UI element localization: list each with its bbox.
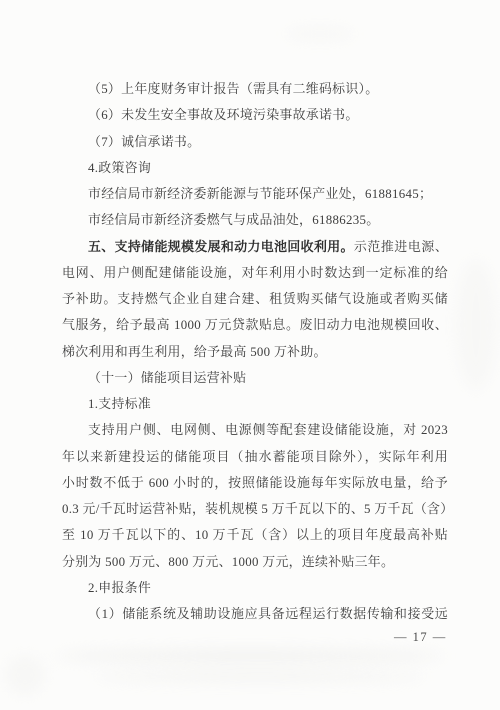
line-text: 市经信局市新经济委燃气与成品油处，61886235。: [88, 213, 379, 227]
line-text: （7）诚信承诺书。: [88, 135, 200, 149]
line-text: 小时数不低于 600 小时的，按照储能设施每年实际放电量，给予: [62, 476, 448, 490]
text-line: 五、支持储能规模发展和动力电池回收利用。示范推进电源、: [62, 234, 448, 260]
text-line: 年以来新建投运的储能项目（抽水蓄能项目除外），实际年利用: [62, 444, 448, 470]
bold-heading-text: 五、支持储能规模发展和动力电池回收利用。: [88, 239, 354, 254]
line-text: （6）未发生安全事故及环境污染事故承诺书。: [88, 108, 359, 122]
line-text: 0.3 元/千瓦时运营补贴，装机规模 5 万千瓦以下的、5 万千瓦（含）: [62, 502, 453, 516]
scan-smudge: [285, 28, 355, 40]
line-text: 气服务，给予最高 1000 万元贷款贴息。废旧动力电池规模回收、: [62, 318, 448, 332]
text-line: 4.政策咨询: [62, 155, 448, 181]
line-text: 市经信局市新经济委新能源与节能环保产业处，61881645；: [88, 187, 432, 201]
line-text: 示范推进电源、: [354, 240, 448, 254]
text-line: 1.支持标准: [62, 391, 448, 417]
text-line: （5）上年度财务审计报告（需具有二维码标识）。: [62, 76, 448, 102]
text-line: 0.3 元/千瓦时运营补贴，装机规模 5 万千瓦以下的、5 万千瓦（含）: [62, 496, 448, 522]
line-text: 2.申报条件: [88, 581, 151, 595]
line-text: （5）上年度财务审计报告（需具有二维码标识）。: [88, 82, 379, 96]
scan-smudge: [95, 670, 425, 683]
text-line: 2.申报条件: [62, 575, 448, 601]
text-line: 支持用户侧、电网侧、电源侧等配套建设储能设施，对 2023: [62, 417, 448, 443]
line-text: 年以来新建投运的储能项目（抽水蓄能项目除外），实际年利用: [62, 450, 448, 464]
text-line: 分别为 500 万元、800 万元、1000 万元，连续补贴三年。: [62, 549, 448, 575]
text-line: 市经信局市新经济委新能源与节能环保产业处，61881645；: [62, 181, 448, 207]
text-line: 电网、用户侧配建储能设施，对年利用小时数达到一定标准的给: [62, 260, 448, 286]
text-line: 至 10 万千瓦以下的、10 万千瓦（含）以上的项目年度最高补贴: [62, 522, 448, 548]
line-text: 予补助。支持燃气企业自建合建、租赁购买储气设施或者购买储: [62, 292, 448, 306]
text-line: 予补助。支持燃气企业自建合建、租赁购买储气设施或者购买储: [62, 286, 448, 312]
text-line: 气服务，给予最高 1000 万元贷款贴息。废旧动力电池规模回收、: [62, 312, 448, 338]
line-text: 梯次利用和再生利用，给予最高 500 万补助。: [62, 345, 327, 359]
line-text: （十一）储能项目运营补贴: [88, 371, 246, 385]
text-line: （6）未发生安全事故及环境污染事故承诺书。: [62, 102, 448, 128]
document-body: （5）上年度财务审计报告（需具有二维码标识）。（6）未发生安全事故及环境污染事故…: [62, 76, 448, 627]
document-page: （5）上年度财务审计报告（需具有二维码标识）。（6）未发生安全事故及环境污染事故…: [0, 0, 500, 710]
page-number: — 17 —: [394, 627, 447, 647]
text-line: （1）储能系统及辅助设施应具备远程运行数据传输和接受远: [62, 601, 448, 627]
scan-smudge: [55, 648, 445, 664]
line-text: 4.政策咨询: [88, 161, 151, 175]
text-line: 梯次利用和再生利用，给予最高 500 万补助。: [62, 339, 448, 365]
line-text: 至 10 万千瓦以下的、10 万千瓦（含）以上的项目年度最高补贴: [62, 528, 448, 542]
line-text: （1）储能系统及辅助设施应具备远程运行数据传输和接受远: [88, 607, 448, 621]
scan-smudge: [455, 260, 497, 390]
text-line: 市经信局市新经济委燃气与成品油处，61886235。: [62, 207, 448, 233]
text-line: （7）诚信承诺书。: [62, 129, 448, 155]
line-text: 支持用户侧、电网侧、电源侧等配套建设储能设施，对 2023: [88, 423, 448, 437]
text-line: （十一）储能项目运营补贴: [62, 365, 448, 391]
line-text: 分别为 500 万元、800 万元、1000 万元，连续补贴三年。: [62, 555, 394, 569]
scan-smudge: [5, 655, 45, 695]
line-text: 电网、用户侧配建储能设施，对年利用小时数达到一定标准的给: [62, 266, 448, 280]
text-line: 小时数不低于 600 小时的，按照储能设施每年实际放电量，给予: [62, 470, 448, 496]
line-text: 1.支持标准: [88, 397, 151, 411]
